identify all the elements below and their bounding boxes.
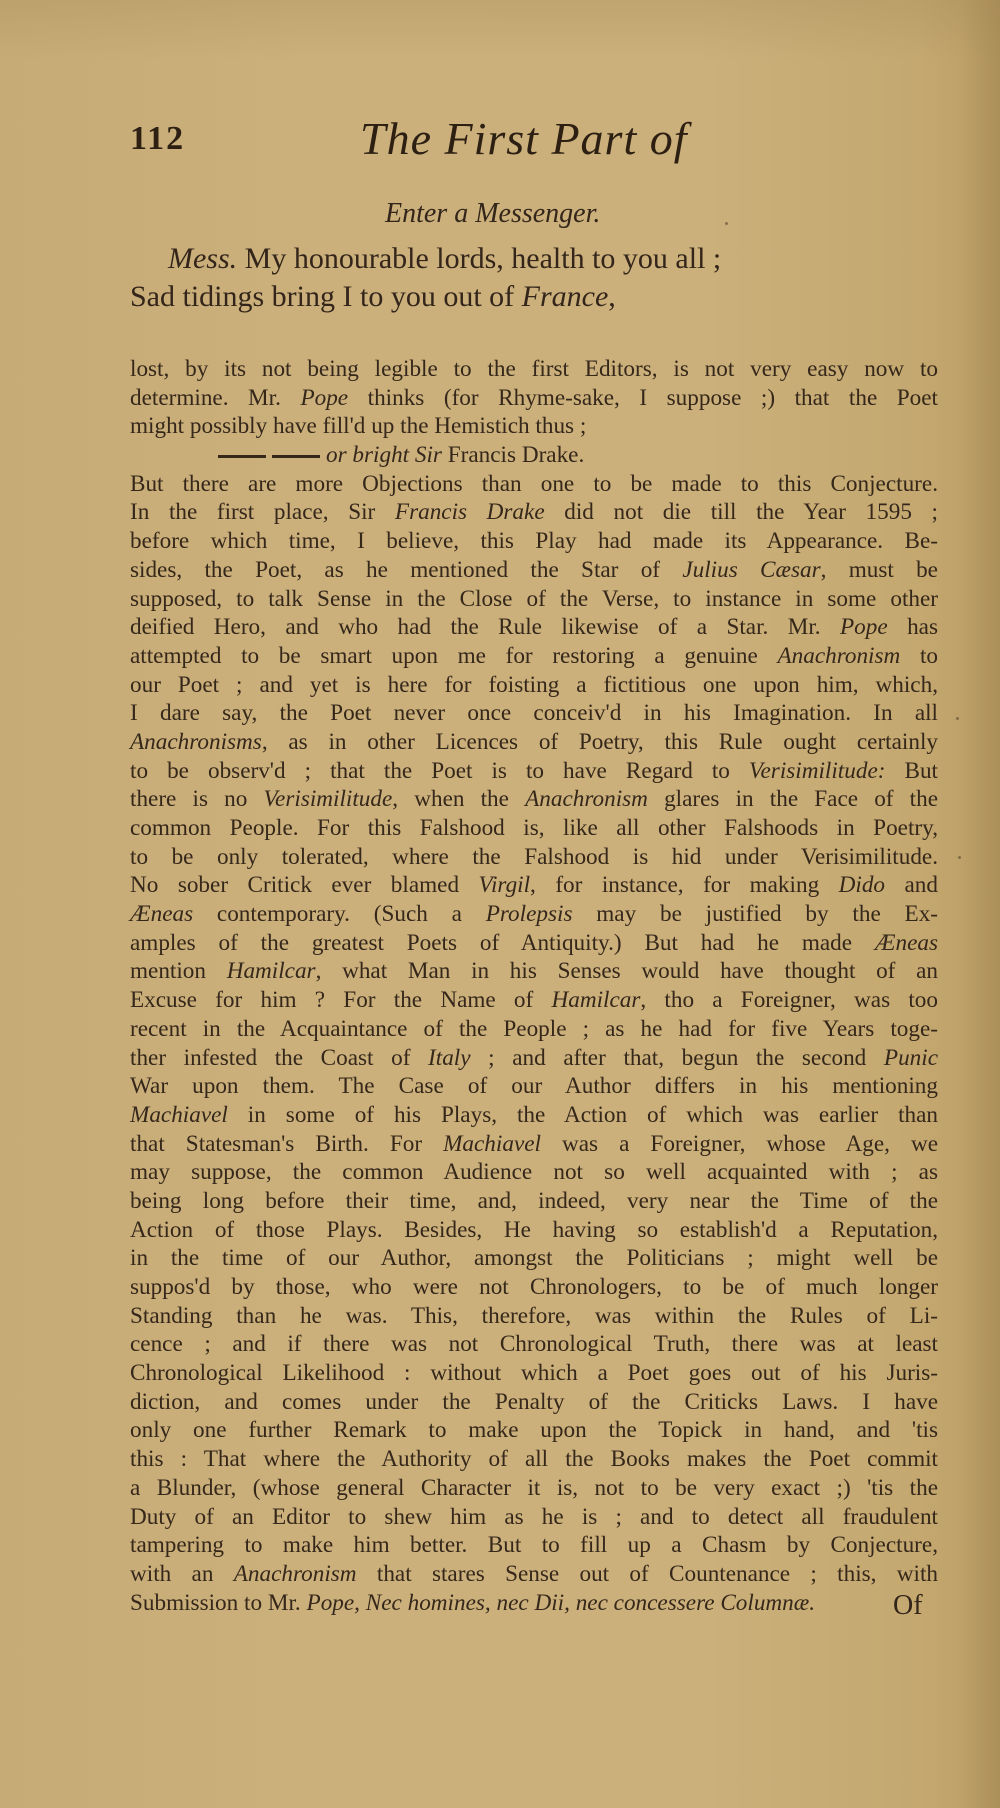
note-text: deified Hero, and who had the Rule likew… <box>130 614 840 640</box>
note-text: our Poet ; and yet is here for foisting … <box>130 672 938 698</box>
note-text: may suppose, the common Audience not so … <box>130 1159 938 1185</box>
verse-text: , <box>608 280 616 313</box>
note-line: Action of those Plays. Besides, He havin… <box>130 1216 938 1245</box>
note-line: in the time of our Author, amongst the P… <box>130 1244 938 1273</box>
note-text: , for instance, for making <box>530 872 839 898</box>
verse-text: My honourable lords, health to you all ; <box>237 242 721 275</box>
italic-text: Machiavel <box>443 1131 541 1157</box>
note-text: may be justified by the Ex- <box>572 901 938 927</box>
note-line: sides, the Poet, as he mentioned the Sta… <box>130 556 938 585</box>
note-text: amples of the greatest Poets of Antiquit… <box>130 930 875 956</box>
note-text: ther infested the Coast of <box>130 1045 428 1071</box>
note-text: mention <box>130 958 227 984</box>
note-line: a Blunder, (whose general Character it i… <box>130 1474 938 1503</box>
note-text: , when the <box>392 786 525 812</box>
note-text: glares in the Face of the <box>648 786 938 812</box>
italic-text: Virgil <box>479 872 531 898</box>
note-line: suppos'd by those, who were not Chronolo… <box>130 1273 938 1302</box>
stage-direction: Enter a Messenger. <box>385 198 600 230</box>
em-dash-rule <box>272 455 320 458</box>
italic-text: Prolepsis <box>486 901 573 927</box>
note-text: in the time of our Author, amongst the P… <box>130 1245 938 1271</box>
note-text: this : That where the Authority of all t… <box>130 1446 938 1472</box>
italic-text: Hamilcar <box>227 958 316 984</box>
note-line: deified Hero, and who had the Rule likew… <box>130 613 938 642</box>
catchword: Of <box>893 1590 923 1622</box>
note-text: attempted to be smart upon me for restor… <box>130 643 777 669</box>
italic-text: Verisimilitude: <box>749 758 886 784</box>
note-line: supposed, to talk Sense in the Close of … <box>130 585 938 614</box>
page-number: 112 <box>130 120 185 158</box>
note-text: only one further Remark to make upon the… <box>130 1417 938 1443</box>
note-text: But there are more Objections than one t… <box>130 471 938 497</box>
note-text: War upon them. The Case of our Author di… <box>130 1073 938 1099</box>
note-text: , tho a Foreigner, was too <box>640 987 938 1013</box>
note-line: before which time, I believe, this Play … <box>130 527 938 556</box>
note-text: supposed, to talk Sense in the Close of … <box>130 586 938 612</box>
note-text: determine. Mr. <box>130 385 300 411</box>
note-text: In the first place, Sir <box>130 499 395 525</box>
note-text: , must be <box>821 557 938 583</box>
note-line: In the first place, Sir Francis Drake di… <box>130 498 938 527</box>
note-line: there is no Verisimilitude, when the Ana… <box>130 785 938 814</box>
italic-text: Italy <box>428 1045 471 1071</box>
note-text: did not die till the Year 1595 ; <box>545 499 938 525</box>
note-line: Æneas contemporary. (Such a Prolepsis ma… <box>130 900 938 929</box>
italic-text: Verisimilitude <box>263 786 392 812</box>
note-text: lost, by its not being legible to the fi… <box>130 356 938 382</box>
note-text: , as in other Licences of Poetry, this R… <box>262 729 938 755</box>
running-title: The First Part of <box>360 112 688 165</box>
note-line: mention Hamilcar, what Man in his Senses… <box>130 957 938 986</box>
verse-italic: France <box>522 280 609 313</box>
note-text: that stares Sense out of Countenance ; t… <box>357 1561 938 1587</box>
note-text: Chronological Likelihood : without which… <box>130 1360 938 1386</box>
note-line: common People. For this Falshood is, lik… <box>130 814 938 843</box>
italic-text: Pope <box>300 385 348 411</box>
page-shading-top <box>0 0 1000 60</box>
note-text: Excuse for him ? For the Name of <box>130 987 551 1013</box>
note-text: tampering to make him better. But to fil… <box>130 1532 938 1558</box>
note-line: tampering to make him better. But to fil… <box>130 1531 938 1560</box>
note-line: War upon them. The Case of our Author di… <box>130 1072 938 1101</box>
note-text: contemporary. (Such a <box>193 901 486 927</box>
italic-text: Machiavel <box>130 1102 228 1128</box>
italic-text: or bright Sir <box>326 442 442 468</box>
italic-text: Dido <box>839 872 885 898</box>
note-text: , what Man in his Senses would have thou… <box>316 958 938 984</box>
note-line: Duty of an Editor to shew him as he is ;… <box>130 1503 938 1532</box>
note-text: suppos'd by those, who were not Chronolo… <box>130 1274 938 1300</box>
note-line: to be observ'd ; that the Poet is to hav… <box>130 757 938 786</box>
note-text: to be observ'd ; that the Poet is to hav… <box>130 758 749 784</box>
note-text: being long before their time, and, indee… <box>130 1188 938 1214</box>
note-line: Chronological Likelihood : without which… <box>130 1359 938 1388</box>
italic-text: Anachronisms <box>130 729 262 755</box>
note-line: ther infested the Coast of Italy ; and a… <box>130 1044 938 1073</box>
note-line: Anachronisms, as in other Licences of Po… <box>130 728 938 757</box>
note-line: this : That where the Authority of all t… <box>130 1445 938 1474</box>
page-shading-gutter <box>960 0 1000 1808</box>
italic-text: Julius Cæsar <box>682 557 820 583</box>
note-line: But there are more Objections than one t… <box>130 470 938 499</box>
note-text: before which time, I believe, this Play … <box>130 528 938 554</box>
note-text: and <box>885 872 938 898</box>
italic-text: Pope <box>840 614 888 640</box>
note-line: No sober Critick ever blamed Virgil, for… <box>130 871 938 900</box>
note-text: Action of those Plays. Besides, He havin… <box>130 1217 938 1243</box>
note-line: might possibly have fill'd up the Hemist… <box>130 412 938 441</box>
note-text: to <box>900 643 938 669</box>
italic-text: Pope, Nec homines, nec Dii, nec concesse… <box>307 1590 815 1616</box>
note-text: But <box>885 758 938 784</box>
speaker-name: Mess. <box>168 242 237 275</box>
note-line: cence ; and if there was not Chronologic… <box>130 1330 938 1359</box>
note-text: there is no <box>130 786 263 812</box>
italic-text: Æneas <box>875 930 938 956</box>
note-line: Standing than he was. This, therefore, w… <box>130 1302 938 1331</box>
note-text: might possibly have fill'd up the Hemist… <box>130 413 586 439</box>
note-line: lost, by its not being legible to the fi… <box>130 355 938 384</box>
note-text: No sober Critick ever blamed <box>130 872 479 898</box>
verse-text: Sad tidings bring I to you out of <box>130 280 522 313</box>
note-line: may suppose, the common Audience not so … <box>130 1158 938 1187</box>
italic-text: Anachronism <box>777 643 900 669</box>
note-text: Duty of an Editor to shew him as he is ;… <box>130 1504 938 1530</box>
paper-speck <box>956 717 959 720</box>
note-line: that Statesman's Birth. For Machiavel wa… <box>130 1130 938 1159</box>
note-line: attempted to be smart upon me for restor… <box>130 642 938 671</box>
note-line: being long before their time, and, indee… <box>130 1187 938 1216</box>
note-text: with an <box>130 1561 234 1587</box>
note-text: thinks (for Rhyme-sake, I suppose ;) tha… <box>348 385 938 411</box>
italic-text: Anachronism <box>525 786 648 812</box>
editorial-note: lost, by its not being legible to the fi… <box>130 355 938 1617</box>
note-line: with an Anachronism that stares Sense ou… <box>130 1560 938 1589</box>
italic-text: Hamilcar <box>551 987 640 1013</box>
paper-speck <box>725 222 728 225</box>
italic-text: Æneas <box>130 901 193 927</box>
note-text: I dare say, the Poet never once conceiv'… <box>130 700 938 726</box>
note-text: Submission to Mr. <box>130 1590 307 1616</box>
note-text: that Statesman's Birth. For <box>130 1131 443 1157</box>
note-line: determine. Mr. Pope thinks (for Rhyme-sa… <box>130 384 938 413</box>
em-dash-rule <box>218 455 266 458</box>
italic-text: Punic <box>884 1045 938 1071</box>
note-text: recent in the Acquaintance of the People… <box>130 1016 938 1042</box>
note-line: our Poet ; and yet is here for foisting … <box>130 671 938 700</box>
note-line: or bright Sir Francis Drake. <box>130 441 938 470</box>
note-text: to be only tolerated, where the Falshood… <box>130 844 938 870</box>
note-text: was a Foreigner, whose Age, we <box>541 1131 938 1157</box>
note-text: has <box>888 614 938 640</box>
italic-text: Anachronism <box>234 1561 357 1587</box>
note-line: diction, and comes under the Penalty of … <box>130 1388 938 1417</box>
note-text: in some of his Plays, the Action of whic… <box>228 1102 938 1128</box>
note-text: Standing than he was. This, therefore, w… <box>130 1303 938 1329</box>
italic-text: Francis Drake <box>395 499 545 525</box>
page-header: 112 The First Part of <box>130 112 830 172</box>
note-text: diction, and comes under the Penalty of … <box>130 1389 938 1415</box>
note-line: Submission to Mr. Pope, Nec homines, nec… <box>130 1589 938 1618</box>
note-line: to be only tolerated, where the Falshood… <box>130 843 938 872</box>
note-text: cence ; and if there was not Chronologic… <box>130 1331 938 1357</box>
note-line: only one further Remark to make upon the… <box>130 1416 938 1445</box>
note-line: Excuse for him ? For the Name of Hamilca… <box>130 986 938 1015</box>
note-text: sides, the Poet, as he mentioned the Sta… <box>130 557 682 583</box>
paper-speck <box>958 856 961 859</box>
note-text: a Blunder, (whose general Character it i… <box>130 1475 938 1501</box>
note-line: amples of the greatest Poets of Antiquit… <box>130 929 938 958</box>
note-line: Machiavel in some of his Plays, the Acti… <box>130 1101 938 1130</box>
verse-block: Mess. My honourable lords, health to you… <box>130 240 950 316</box>
note-text: Francis Drake. <box>442 442 584 468</box>
verse-line: Mess. My honourable lords, health to you… <box>130 240 950 278</box>
note-text: ; and after that, begun the second <box>471 1045 884 1071</box>
note-text: common People. For this Falshood is, lik… <box>130 815 938 841</box>
note-line: I dare say, the Poet never once conceiv'… <box>130 699 938 728</box>
verse-line: Sad tidings bring I to you out of France… <box>130 278 950 316</box>
note-line: recent in the Acquaintance of the People… <box>130 1015 938 1044</box>
